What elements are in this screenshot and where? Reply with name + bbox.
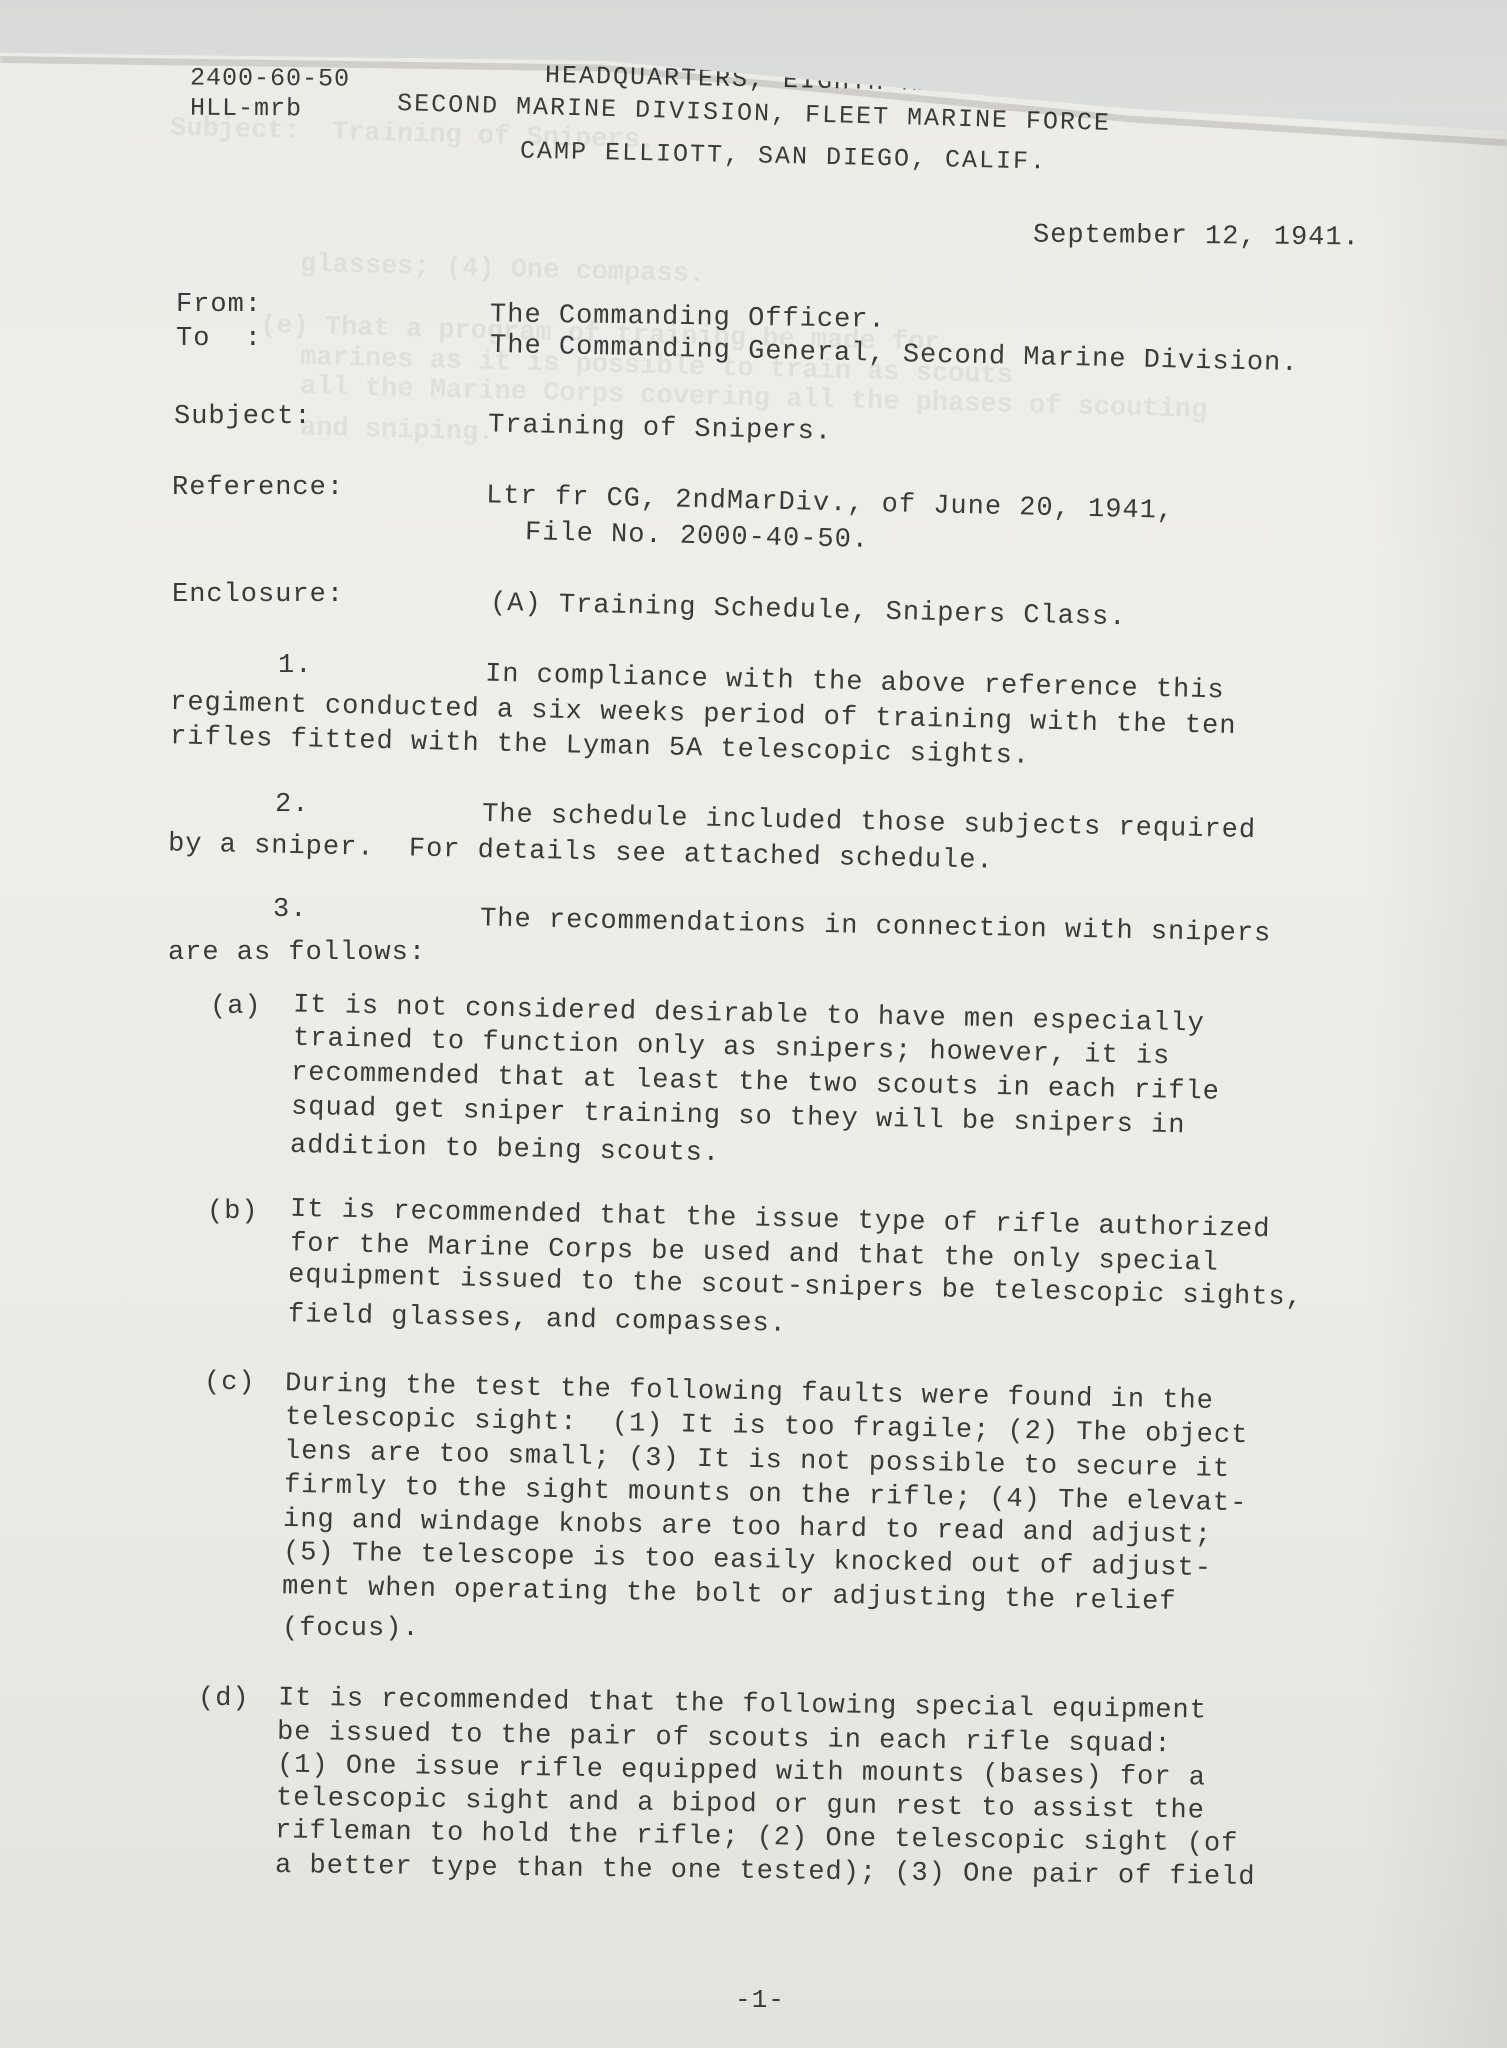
- item-b-line: field glasses, and compasses.: [288, 1300, 787, 1340]
- org-line-3: CAMP ELLIOTT, SAN DIEGO, CALIF.: [520, 136, 1048, 176]
- page-number: -1-: [735, 1985, 785, 2015]
- from-label: From:: [176, 290, 262, 320]
- enclosure-label: Enclosure:: [172, 580, 344, 610]
- reference-value-2: File No. 2000-40-50.: [525, 518, 870, 556]
- item-d-marker: (d): [198, 1684, 250, 1714]
- subject-value: Training of Snipers.: [488, 410, 833, 447]
- paragraph-3-line: The recommendations in connection with s…: [480, 904, 1272, 949]
- enclosure-value: (A) Training Schedule, Snipers Class.: [490, 589, 1127, 633]
- paragraph-1-number: 1.: [278, 651, 312, 681]
- paragraph-3-number: 3.: [273, 895, 307, 925]
- from-value: The Commanding Officer.: [490, 300, 886, 336]
- item-a-marker: (a): [210, 992, 262, 1022]
- letter-date: September 12, 1941.: [1033, 221, 1360, 254]
- item-c-line: (focus).: [282, 1614, 420, 1644]
- bleed-through-text: and sniping.: [300, 413, 495, 448]
- subject-label: Subject:: [174, 402, 312, 432]
- item-a-line: addition to being scouts.: [290, 1131, 721, 1169]
- item-c-marker: (c): [204, 1368, 256, 1398]
- document-page: Subject: Training of Snipers. glasses; (…: [0, 0, 1507, 2048]
- file-number: 2400-60-50: [190, 63, 350, 93]
- paragraph-2-number: 2.: [275, 790, 309, 820]
- bleed-through-text: glasses; (4) One compass.: [300, 250, 706, 291]
- paragraph-3-line: are as follows:: [168, 938, 426, 968]
- initials: HLL-mrb: [190, 94, 302, 124]
- to-label: To :: [176, 324, 262, 354]
- item-b-marker: (b): [207, 1197, 259, 1227]
- reference-label: Reference:: [172, 473, 344, 503]
